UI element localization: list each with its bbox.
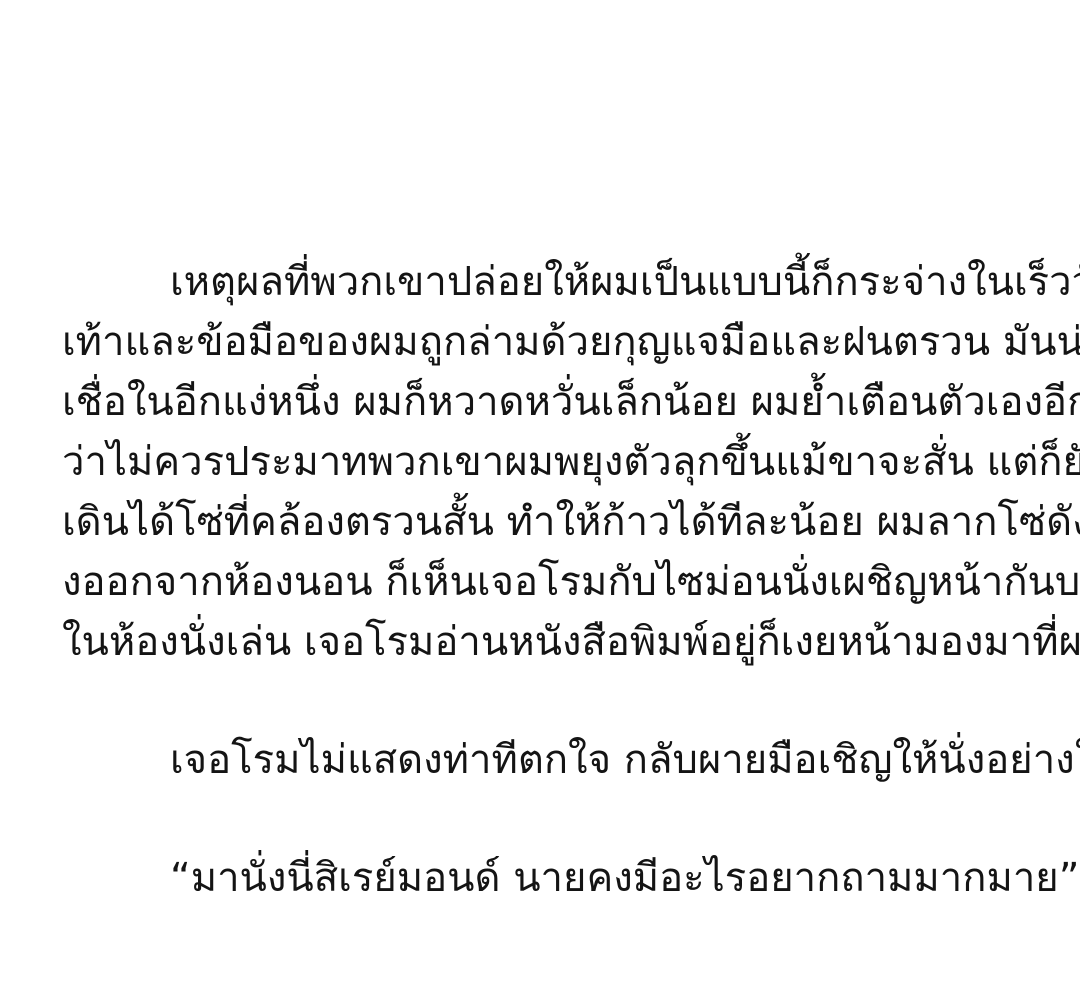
text-line: เท้าและข้อมือของผมถูกล่ามด้วยกุญแจมือและ…: [62, 312, 1018, 372]
text-line: ว่าไม่ควรประมาทพวกเขาผมพยุงตัวลุกขึ้นแม้…: [62, 432, 1018, 492]
paragraph: “มานั่งนี่สิเรย์มอนด์ นายคงมีอะไรอยากถาม…: [62, 848, 1018, 908]
text-line: เหตุผลที่พวกเขาปล่อยให้ผมเป็นแบบนี้ก็กระ…: [62, 252, 1018, 312]
paragraph: เจอโรมไม่แสดงท่าทีตกใจ กลับผายมือเชิญให้…: [62, 730, 1018, 790]
text-line: เดินได้โซ่ที่คล้องตรวนสั้น ทำให้ก้าวได้ท…: [62, 492, 1018, 552]
text-line: งออกจากห้องนอน ก็เห็นเจอโรมกับไซม่อนนั่ง…: [62, 552, 1018, 612]
page-text: เหตุผลที่พวกเขาปล่อยให้ผมเป็นแบบนี้ก็กระ…: [62, 252, 1018, 908]
text-line: เจอโรมไม่แสดงท่าทีตกใจ กลับผายมือเชิญให้…: [62, 730, 1018, 790]
text-line: ในห้องนั่งเล่น เจอโรมอ่านหนังสือพิมพ์อยู…: [62, 612, 1018, 672]
reader-page: เหตุผลที่พวกเขาปล่อยให้ผมเป็นแบบนี้ก็กระ…: [0, 0, 1080, 1000]
text-line: เชื่อในอีกแง่หนึ่ง ผมก็หวาดหวั่นเล็กน้อย…: [62, 372, 1018, 432]
text-line: “มานั่งนี่สิเรย์มอนด์ นายคงมีอะไรอยากถาม…: [62, 848, 1018, 908]
paragraph: เหตุผลที่พวกเขาปล่อยให้ผมเป็นแบบนี้ก็กระ…: [62, 252, 1018, 672]
